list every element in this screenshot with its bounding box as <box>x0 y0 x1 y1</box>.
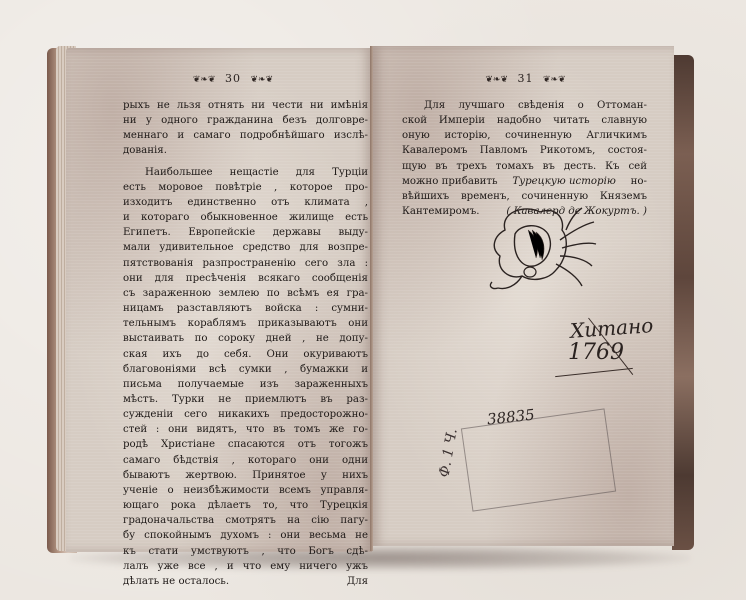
text-line: рыхъ не льзя отнять ни чести ни имѣнія <box>123 98 368 113</box>
text-line: есть моровое повѣтріе , которое про- <box>123 180 368 195</box>
text-line: мали удивительное средство для возпре- <box>123 240 368 255</box>
text-line: но- <box>631 174 647 189</box>
ornament-right-icon: ❦❧❦ <box>543 75 566 85</box>
text-line: меннаго и самаго подробнѣйшаго изслѣ- <box>123 128 368 143</box>
text-line: стей : они видятъ, что въ томъ же го- <box>123 422 368 437</box>
text-line: пятствованія разпространенію сего зла : <box>123 256 368 271</box>
text-line: ни у одного гражданина безъ долговре- <box>123 113 368 128</box>
text-line: изходитъ единственно отъ климата , <box>123 195 368 210</box>
text-line: можно прибавить <box>402 174 498 189</box>
ornament-right-icon: ❦❧❦ <box>251 75 274 85</box>
text-line: градоначальства смотрятъ на сію пагу- <box>123 513 368 528</box>
text-line: Для лучшаго свѣденія о Оттоман- <box>402 98 647 113</box>
text-line: письма получаемые изъ зараженныхъ <box>123 377 368 392</box>
text-line: бываютъ жертвою. Принятое у нихъ <box>123 468 368 483</box>
text-line: ющаго рока дѣлаетъ то, что Турецкія <box>123 498 368 513</box>
ornament-left-icon: ❦❧❦ <box>485 75 508 85</box>
left-page-text: рыхъ не льзя отнять ни чести ни имѣнія н… <box>123 98 368 589</box>
book-gutter <box>370 46 373 551</box>
text-line: оную исторію, сочиненную Агличкимъ <box>402 128 647 143</box>
right-page-header: ❦❧❦ 31 ❦❧❦ <box>478 72 573 85</box>
text-line: Наибольшее нещастіе для Турціи <box>123 165 368 180</box>
rococo-vignette-icon <box>470 200 600 300</box>
text-line: Кантемиромъ. <box>402 204 479 219</box>
text-line: дѣлать не осталось. <box>123 574 229 589</box>
text-line: ская ихъ до себя. Они окуриваютъ <box>123 347 368 362</box>
text-line: дованія. <box>123 143 368 158</box>
ornament-left-icon: ❦❧❦ <box>193 75 216 85</box>
text-line: и котораго обыкновенное жилище есть <box>123 210 368 225</box>
left-page-header: ❦❧❦ 30 ❦❧❦ <box>188 72 278 85</box>
text-line: бу спокойнымъ духомъ : они весьма не <box>123 528 368 543</box>
text-line: Кавалеромъ Павломъ Рикотомъ, состоя- <box>402 143 647 158</box>
text-line: выстаивать по сороку дней , не допу- <box>123 331 368 346</box>
text-line: съ зараженною землею по всѣмъ ея гра- <box>123 286 368 301</box>
page-number: 31 <box>518 72 534 85</box>
text-line: мѣстъ. Турки не приемлютъ въ раз- <box>123 392 368 407</box>
page-number: 30 <box>225 72 241 85</box>
text-line: тельнымъ кораблямъ приказываютъ они <box>123 316 368 331</box>
italic-title: Турецкую исторію <box>512 174 615 189</box>
text-line: ской Имперіи надобно читать славную <box>402 113 647 128</box>
text-line: сужденіи сего никакихъ предосторожно- <box>123 407 368 422</box>
text-line: къ стати умствуютъ , что Богъ сдѣ- <box>123 544 368 559</box>
text-line: ученіе о неизбѣжимости всемъ управля- <box>123 483 368 498</box>
catchword: Для <box>347 574 368 589</box>
open-book: ❦❧❦ 30 ❦❧❦ рыхъ не льзя отнять ни чести … <box>0 0 746 600</box>
text-line: самаго бѣдствія , котораго они одни <box>123 453 368 468</box>
right-cover-spine <box>672 55 694 550</box>
text-line: они для пресѣченія всякаго сообщенія <box>123 271 368 286</box>
text-line: лалъ уже все , и что ему ничего ужъ <box>123 559 368 574</box>
text-line: родѣ Христіане спасаются отъ тогожъ <box>123 437 368 452</box>
text-line: Египетъ. Европейскіе державы выду- <box>123 225 368 240</box>
text-line: ницамъ разставляютъ войска : сумни- <box>123 301 368 316</box>
text-line: щую въ трехъ томахъ въ десть. Къ сей <box>402 159 647 174</box>
text-line: благовоніями всѣ сумки , бумажки и <box>123 362 368 377</box>
